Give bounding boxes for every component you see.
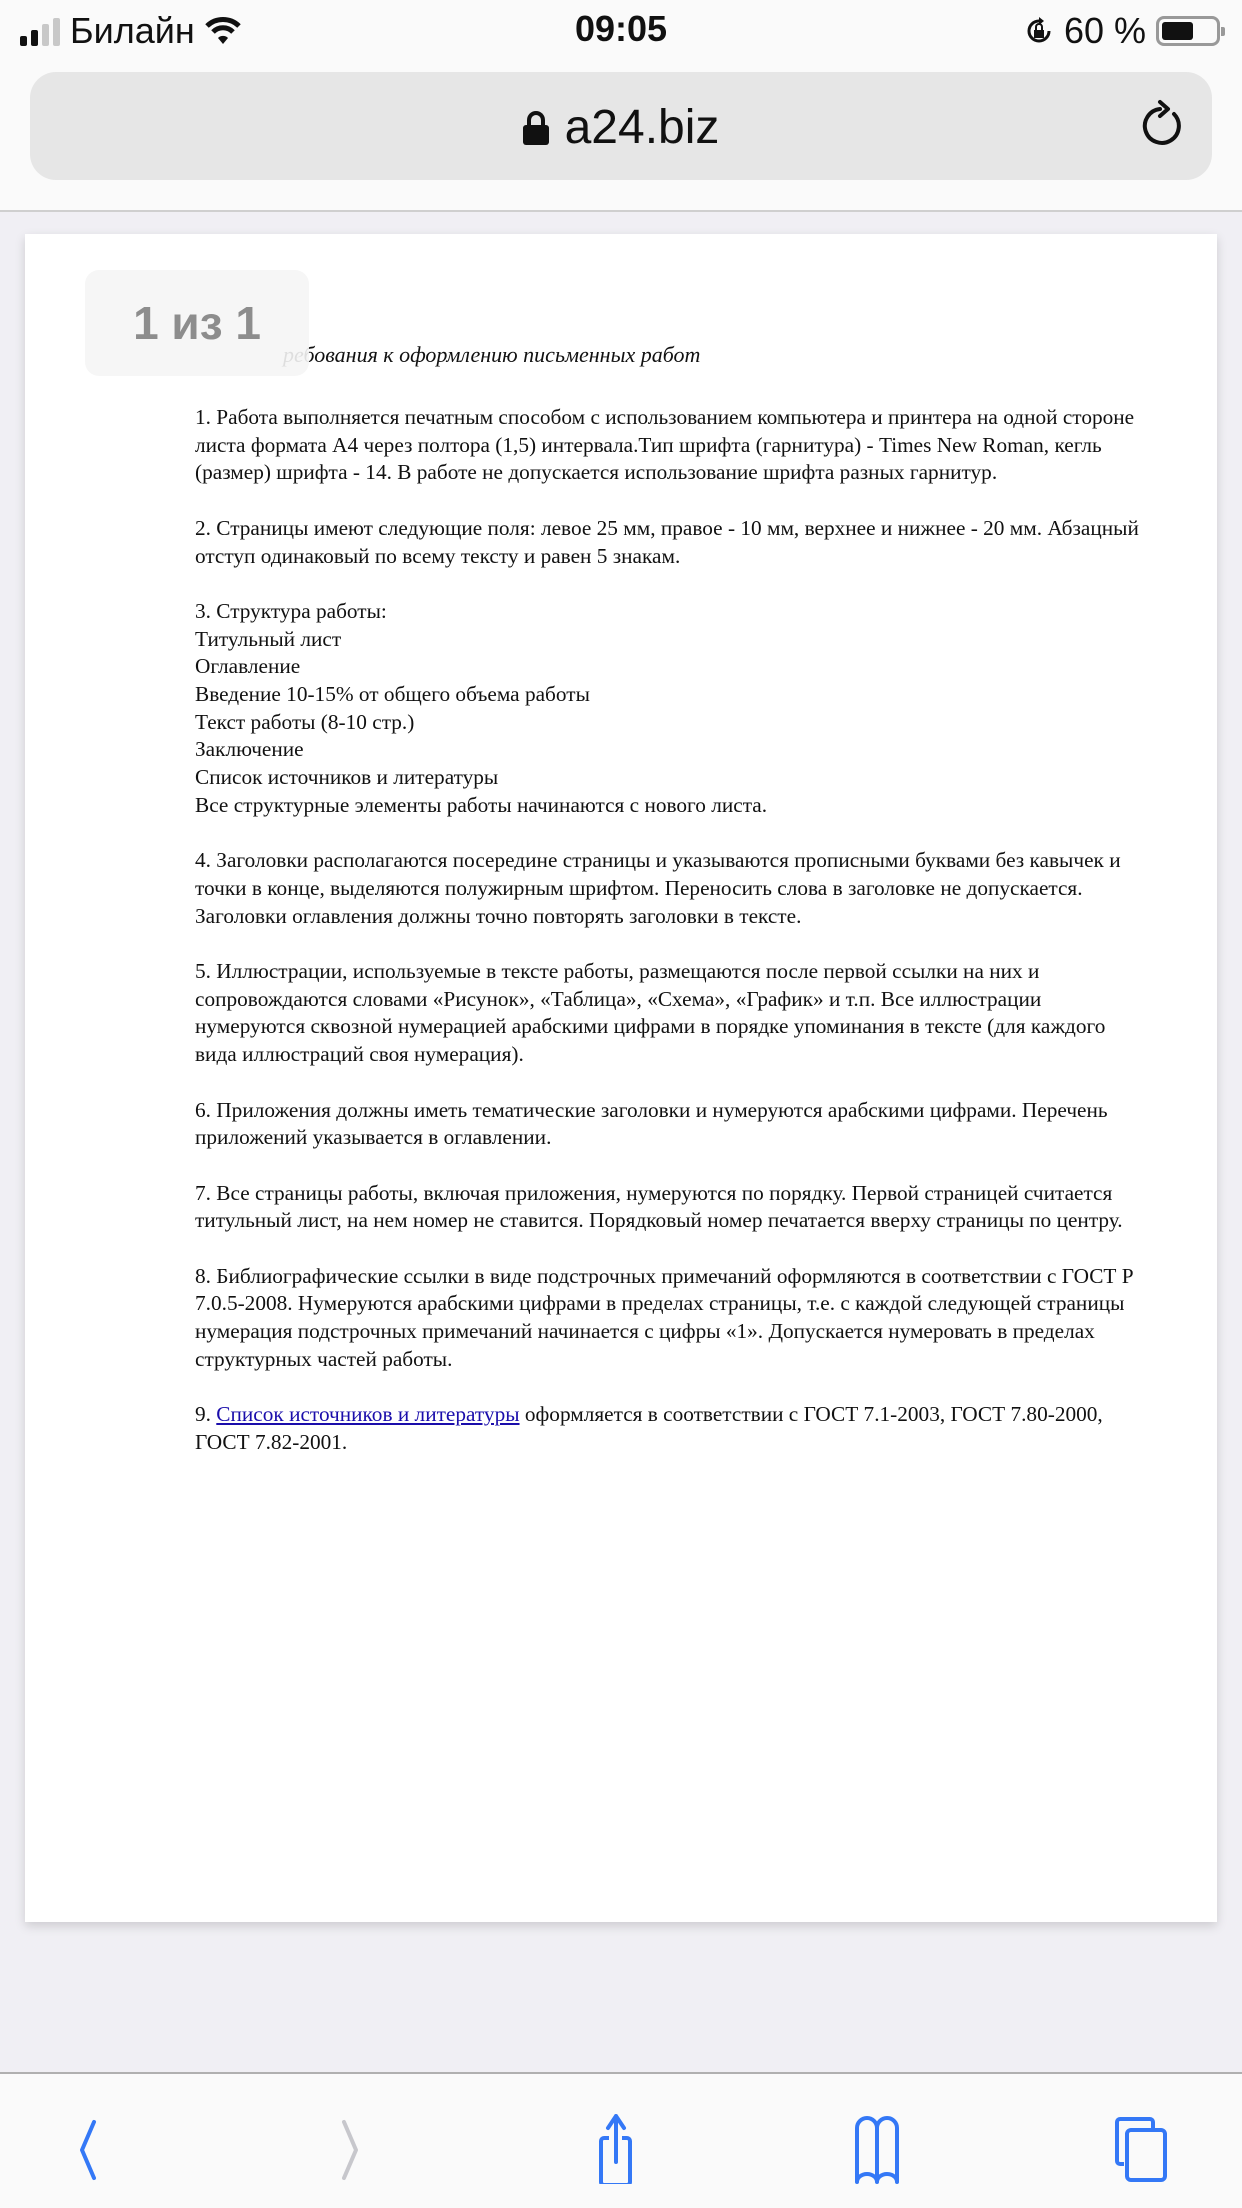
forward-button[interactable] (320, 2114, 390, 2184)
back-button[interactable] (52, 2114, 122, 2184)
orientation-lock-icon (1024, 16, 1054, 46)
paragraph-3: 3. Структура работы: Титульный лист Огла… (195, 598, 1145, 820)
browser-header: a24.biz (0, 62, 1242, 212)
paragraph-8: 8. Библиографические ссылки в виде подст… (195, 1263, 1145, 1374)
share-button[interactable] (582, 2114, 652, 2184)
document-page: ребования к оформлению письменных работ … (25, 234, 1217, 1922)
document-body: 1. Работа выполняется печатным способом … (195, 404, 1145, 1484)
document-title: ребования к оформлению письменных работ (283, 342, 700, 368)
browser-toolbar (0, 2072, 1242, 2208)
paragraph-6: 6. Приложения должны иметь тематические … (195, 1097, 1145, 1152)
url-text[interactable]: a24.biz (565, 100, 720, 155)
battery-percent: 60 % (1064, 10, 1146, 52)
tabs-icon[interactable] (1110, 2114, 1180, 2184)
pdf-viewer[interactable]: ребования к оформлению письменных работ … (0, 212, 1242, 2072)
page-counter: 1 из 1 (85, 270, 309, 376)
status-right: 60 % (1024, 10, 1220, 52)
paragraph-9-prefix: 9. (195, 1402, 216, 1426)
reload-icon[interactable] (1136, 98, 1192, 154)
paragraph-9: 9. Список источников и литературы оформл… (195, 1401, 1145, 1456)
paragraph-7: 7. Все страницы работы, включая приложен… (195, 1180, 1145, 1235)
paragraph-1: 1. Работа выполняется печатным способом … (195, 404, 1145, 487)
paragraph-4: 4. Заголовки располагаются посередине ст… (195, 847, 1145, 930)
sources-link[interactable]: Список источников и литературы (216, 1402, 519, 1426)
paragraph-2: 2. Страницы имеют следующие поля: левое … (195, 515, 1145, 570)
paragraph-5: 5. Иллюстрации, используемые в тексте ра… (195, 958, 1145, 1069)
battery-icon (1156, 16, 1220, 46)
lock-icon (523, 111, 549, 145)
address-bar[interactable]: a24.biz (30, 72, 1212, 180)
bookmarks-icon[interactable] (842, 2114, 912, 2184)
status-bar: Билайн 09:05 60 % (0, 0, 1242, 62)
